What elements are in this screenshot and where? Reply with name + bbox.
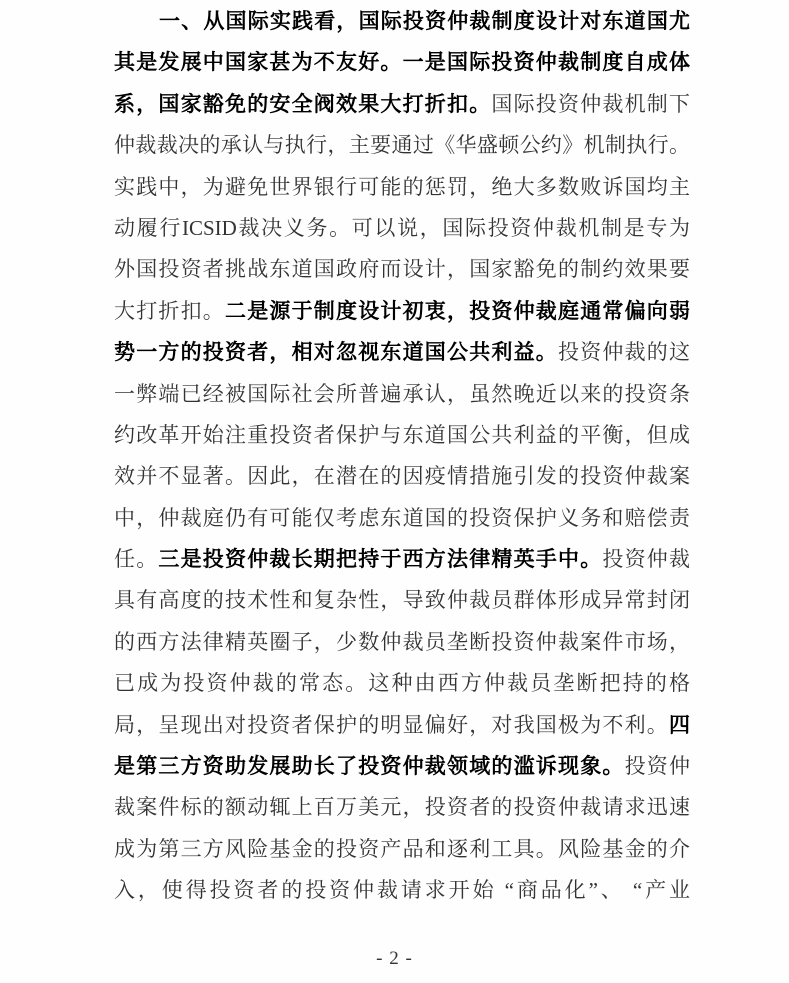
text-line: 裁案件标的额动辄上百万美元，投资者的投资仲裁请求迅速 (114, 787, 690, 828)
text-line: 实践中，为避免世界银行可能的惩罚，绝大多数败诉国均主 (114, 167, 690, 208)
document-page: 一、从国际实践看，国际投资仲裁制度设计对东道国尤其是发展中国家甚为不友好。一是国… (0, 0, 789, 983)
text-segment: 一、从国际实践看，国际投资仲裁制度设计对东道国尤 (159, 9, 690, 33)
text-segment: 仲裁裁决的承认与执行，主要通过《华盛顿公约》机制执行。 (114, 133, 690, 157)
text-segment: 的西方法律精英圈子，少数仲裁员垄断投资仲裁案件市场， (114, 630, 690, 654)
text-segment: 投资仲 (625, 754, 690, 778)
text-segment: 具有高度的技术性和复杂性，导致仲裁员群体形成异常封闭 (114, 588, 690, 612)
text-segment: 效并不显著。因此，在潜在的因疫情措施引发的投资仲裁案 (114, 464, 690, 488)
text-segment: 局，呈现出对投资者保护的明显偏好，对我国极为不利。 (114, 713, 669, 737)
text-line: 任。三是投资仲裁长期把持于西方法律精英手中。投资仲裁 (114, 539, 690, 580)
text-line: 约改革开始注重投资者保护与东道国公共利益的平衡，但成 (114, 415, 690, 456)
text-line: 系，国家豁免的安全阀效果大打折扣。国际投资仲裁机制下 (114, 84, 690, 125)
text-segment: 是第三方资助发展助长了投资仲裁领域的滥诉现象。 (114, 754, 625, 778)
text-line: 成为第三方风险基金的投资产品和逐利工具。风险基金的介 (114, 829, 690, 870)
text-segment: 实践中，为避免世界银行可能的惩罚，绝大多数败诉国均主 (114, 175, 690, 199)
text-line: 动履行ICSID裁决义务。可以说，国际投资仲裁机制是专为 (114, 208, 690, 249)
text-line: 大打折扣。二是源于制度设计初衷，投资仲裁庭通常偏向弱 (114, 291, 690, 332)
text-segment: 一弊端已经被国际社会所普遍承认，虽然晚近以来的投资条 (114, 382, 690, 406)
text-segment: 任。 (114, 547, 158, 571)
text-segment: 外国投资者挑战东道国政府而设计，国家豁免的制约效果要 (114, 257, 690, 281)
text-segment: 系，国家豁免的安全阀效果大打折扣。 (114, 92, 491, 116)
text-line: 的西方法律精英圈子，少数仲裁员垄断投资仲裁案件市场， (114, 622, 690, 663)
text-segment: 成为第三方风险基金的投资产品和逐利工具。风险基金的介 (114, 837, 690, 861)
text-segment: 三是投资仲裁长期把持于西方法律精英手中。 (158, 547, 602, 571)
text-line: 效并不显著。因此，在潜在的因疫情措施引发的投资仲裁案 (114, 456, 690, 497)
page-number: - 2 - (0, 944, 789, 974)
text-segment: 约改革开始注重投资者保护与东道国公共利益的平衡，但成 (114, 423, 690, 447)
text-segment: 动履行ICSID裁决义务。可以说，国际投资仲裁机制是专为 (114, 216, 690, 240)
document-body: 一、从国际实践看，国际投资仲裁制度设计对东道国尤其是发展中国家甚为不友好。一是国… (114, 1, 690, 912)
text-segment: 入，使得投资者的投资仲裁请求开始 “商品化”、 “产业 (114, 878, 690, 902)
text-line: 其是发展中国家甚为不友好。一是国际投资仲裁制度自成体 (114, 42, 690, 83)
text-segment: 大打折扣。 (114, 299, 225, 323)
text-line: 中，仲裁庭仍有可能仅考虑东道国的投资保护义务和赔偿责 (114, 498, 690, 539)
text-line: 一弊端已经被国际社会所普遍承认，虽然晚近以来的投资条 (114, 374, 690, 415)
text-line: 势一方的投资者，相对忽视东道国公共利益。投资仲裁的这 (114, 332, 690, 373)
text-segment: 投资仲裁 (602, 547, 690, 571)
text-segment: 裁案件标的额动辄上百万美元，投资者的投资仲裁请求迅速 (114, 795, 690, 819)
text-line: 局，呈现出对投资者保护的明显偏好，对我国极为不利。四 (114, 705, 690, 746)
text-segment: 国际投资仲裁机制下 (491, 92, 690, 116)
text-segment: 四 (669, 713, 690, 737)
text-segment: 其是发展中国家甚为不友好。一是国际投资仲裁制度自成体 (114, 50, 690, 74)
text-line: 入，使得投资者的投资仲裁请求开始 “商品化”、 “产业 (114, 870, 690, 911)
text-line: 已成为投资仲裁的常态。这种由西方仲裁员垄断把持的格 (114, 663, 690, 704)
text-line: 是第三方资助发展助长了投资仲裁领域的滥诉现象。投资仲 (114, 746, 690, 787)
text-line: 仲裁裁决的承认与执行，主要通过《华盛顿公约》机制执行。 (114, 125, 690, 166)
text-segment: 中，仲裁庭仍有可能仅考虑东道国的投资保护义务和赔偿责 (114, 506, 690, 530)
text-segment: 投资仲裁的这 (558, 340, 690, 364)
text-line: 外国投资者挑战东道国政府而设计，国家豁免的制约效果要 (114, 249, 690, 290)
text-line: 一、从国际实践看，国际投资仲裁制度设计对东道国尤 (114, 1, 690, 42)
text-segment: 二是源于制度设计初衷，投资仲裁庭通常偏向弱 (225, 299, 690, 323)
text-segment: 已成为投资仲裁的常态。这种由西方仲裁员垄断把持的格 (114, 671, 690, 695)
text-line: 具有高度的技术性和复杂性，导致仲裁员群体形成异常封闭 (114, 580, 690, 621)
text-segment: 势一方的投资者，相对忽视东道国公共利益。 (114, 340, 558, 364)
